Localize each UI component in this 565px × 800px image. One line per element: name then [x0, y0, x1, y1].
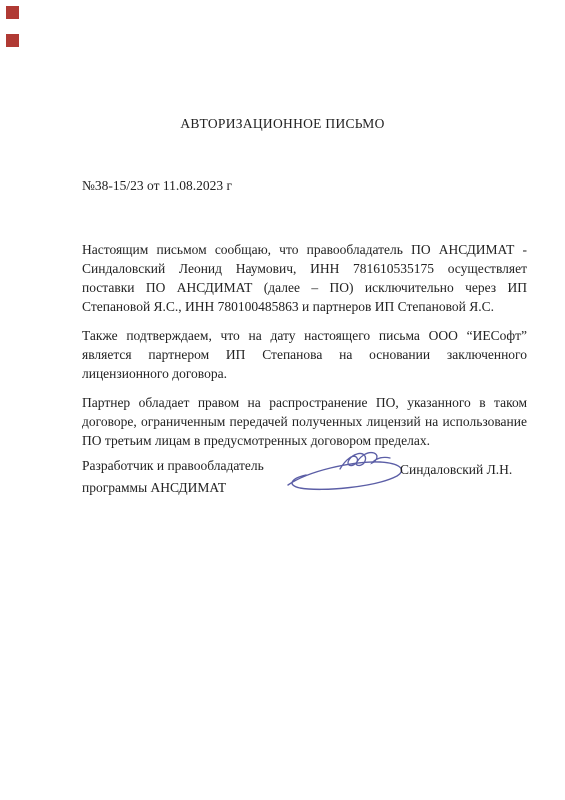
- paragraph-2: Также подтверждаем, что на дату настояще…: [82, 326, 527, 383]
- handwritten-signature-icon: [280, 443, 420, 503]
- red-marker-bottom: [6, 34, 19, 47]
- signatory-name: Синдаловский Л.Н.: [400, 459, 512, 481]
- paragraph-1: Настоящим письмом сообщаю, что правообла…: [82, 240, 527, 316]
- red-marker-top: [6, 6, 19, 19]
- signatory-role: Разработчик и правообладатель программы …: [82, 455, 302, 499]
- letter-page: АВТОРИЗАЦИОННОЕ ПИСЬМО №38-15/23 от 11.0…: [0, 0, 565, 800]
- signature-block: Разработчик и правообладатель программы …: [82, 455, 527, 515]
- letter-body: Настоящим письмом сообщаю, что правообла…: [82, 240, 527, 460]
- document-title: АВТОРИЗАЦИОННОЕ ПИСЬМО: [0, 116, 565, 132]
- signatory-role-line1: Разработчик и правообладатель: [82, 458, 264, 473]
- paragraph-3: Партнер обладает правом на распространен…: [82, 393, 527, 450]
- reference-number: №38-15/23 от 11.08.2023 г: [82, 178, 232, 194]
- signatory-role-line2: программы АНСДИМАТ: [82, 480, 226, 495]
